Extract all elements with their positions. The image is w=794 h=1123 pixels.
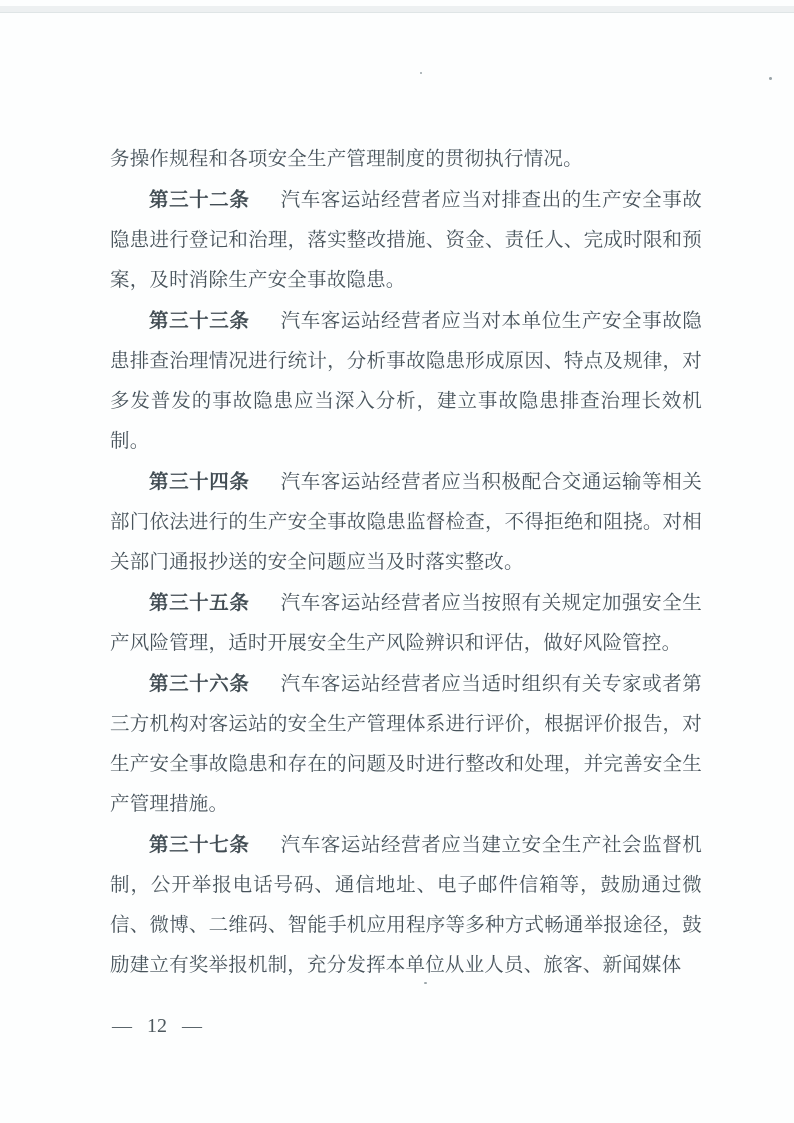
article-number: 第三十七条 (149, 834, 249, 856)
paragraph-continuation: 务操作规程和各项安全生产管理制度的贯彻执行情况。 (110, 140, 702, 180)
article-34-paragraph: 第三十四条汽车客运站经营者应当积极配合交通运输等相关部门依法进行的生产安全事故隐… (110, 462, 702, 583)
article-number: 第三十三条 (149, 310, 249, 332)
article-number: 第三十五条 (149, 592, 249, 614)
article-32-paragraph: 第三十二条汽车客运站经营者应当对排查出的生产安全事故隐患进行登记和治理，落实整改… (110, 180, 702, 301)
article-37-paragraph: 第三十七条汽车客运站经营者应当建立安全生产社会监督机制，公开举报电话号码、通信地… (110, 825, 702, 986)
article-35-paragraph: 第三十五条汽车客运站经营者应当按照有关规定加强安全生产风险管理，适时开展安全生产… (110, 583, 702, 664)
scan-artifact-top-band (0, 6, 794, 13)
paragraph-text: 汽车客运站经营者应当对本单位生产安全事故隐患排查治理情况进行统计，分析事故隐患形… (110, 311, 702, 452)
article-36-paragraph: 第三十六条汽车客运站经营者应当适时组织有关专家或者第三方机构对客运站的安全生产管… (110, 664, 702, 825)
article-number: 第三十四条 (149, 471, 249, 493)
scan-noise-speck (769, 77, 772, 80)
article-number: 第三十二条 (149, 189, 249, 211)
paragraph-text: 务操作规程和各项安全生产管理制度的贯彻执行情况。 (110, 149, 583, 170)
page-footer: — 12 — (112, 1012, 202, 1040)
paragraph-text: 汽车客运站经营者应当适时组织有关专家或者第三方机构对客运站的安全生产管理体系进行… (110, 674, 702, 815)
page-number: 12 (147, 1012, 167, 1040)
document-body: 务操作规程和各项安全生产管理制度的贯彻执行情况。 第三十二条汽车客运站经营者应当… (110, 140, 702, 986)
scanned-document-page: 务操作规程和各项安全生产管理制度的贯彻执行情况。 第三十二条汽车客运站经营者应当… (0, 0, 794, 1123)
article-number: 第三十六条 (149, 673, 249, 695)
article-33-paragraph: 第三十三条汽车客运站经营者应当对本单位生产安全事故隐患排查治理情况进行统计，分析… (110, 301, 702, 462)
footer-left-dash: — (112, 1012, 132, 1040)
paragraph-text: 汽车客运站经营者应当建立安全生产社会监督机制，公开举报电话号码、通信地址、电子邮… (110, 835, 702, 976)
footer-right-dash: — (182, 1012, 202, 1040)
scan-noise-speck (420, 72, 422, 74)
